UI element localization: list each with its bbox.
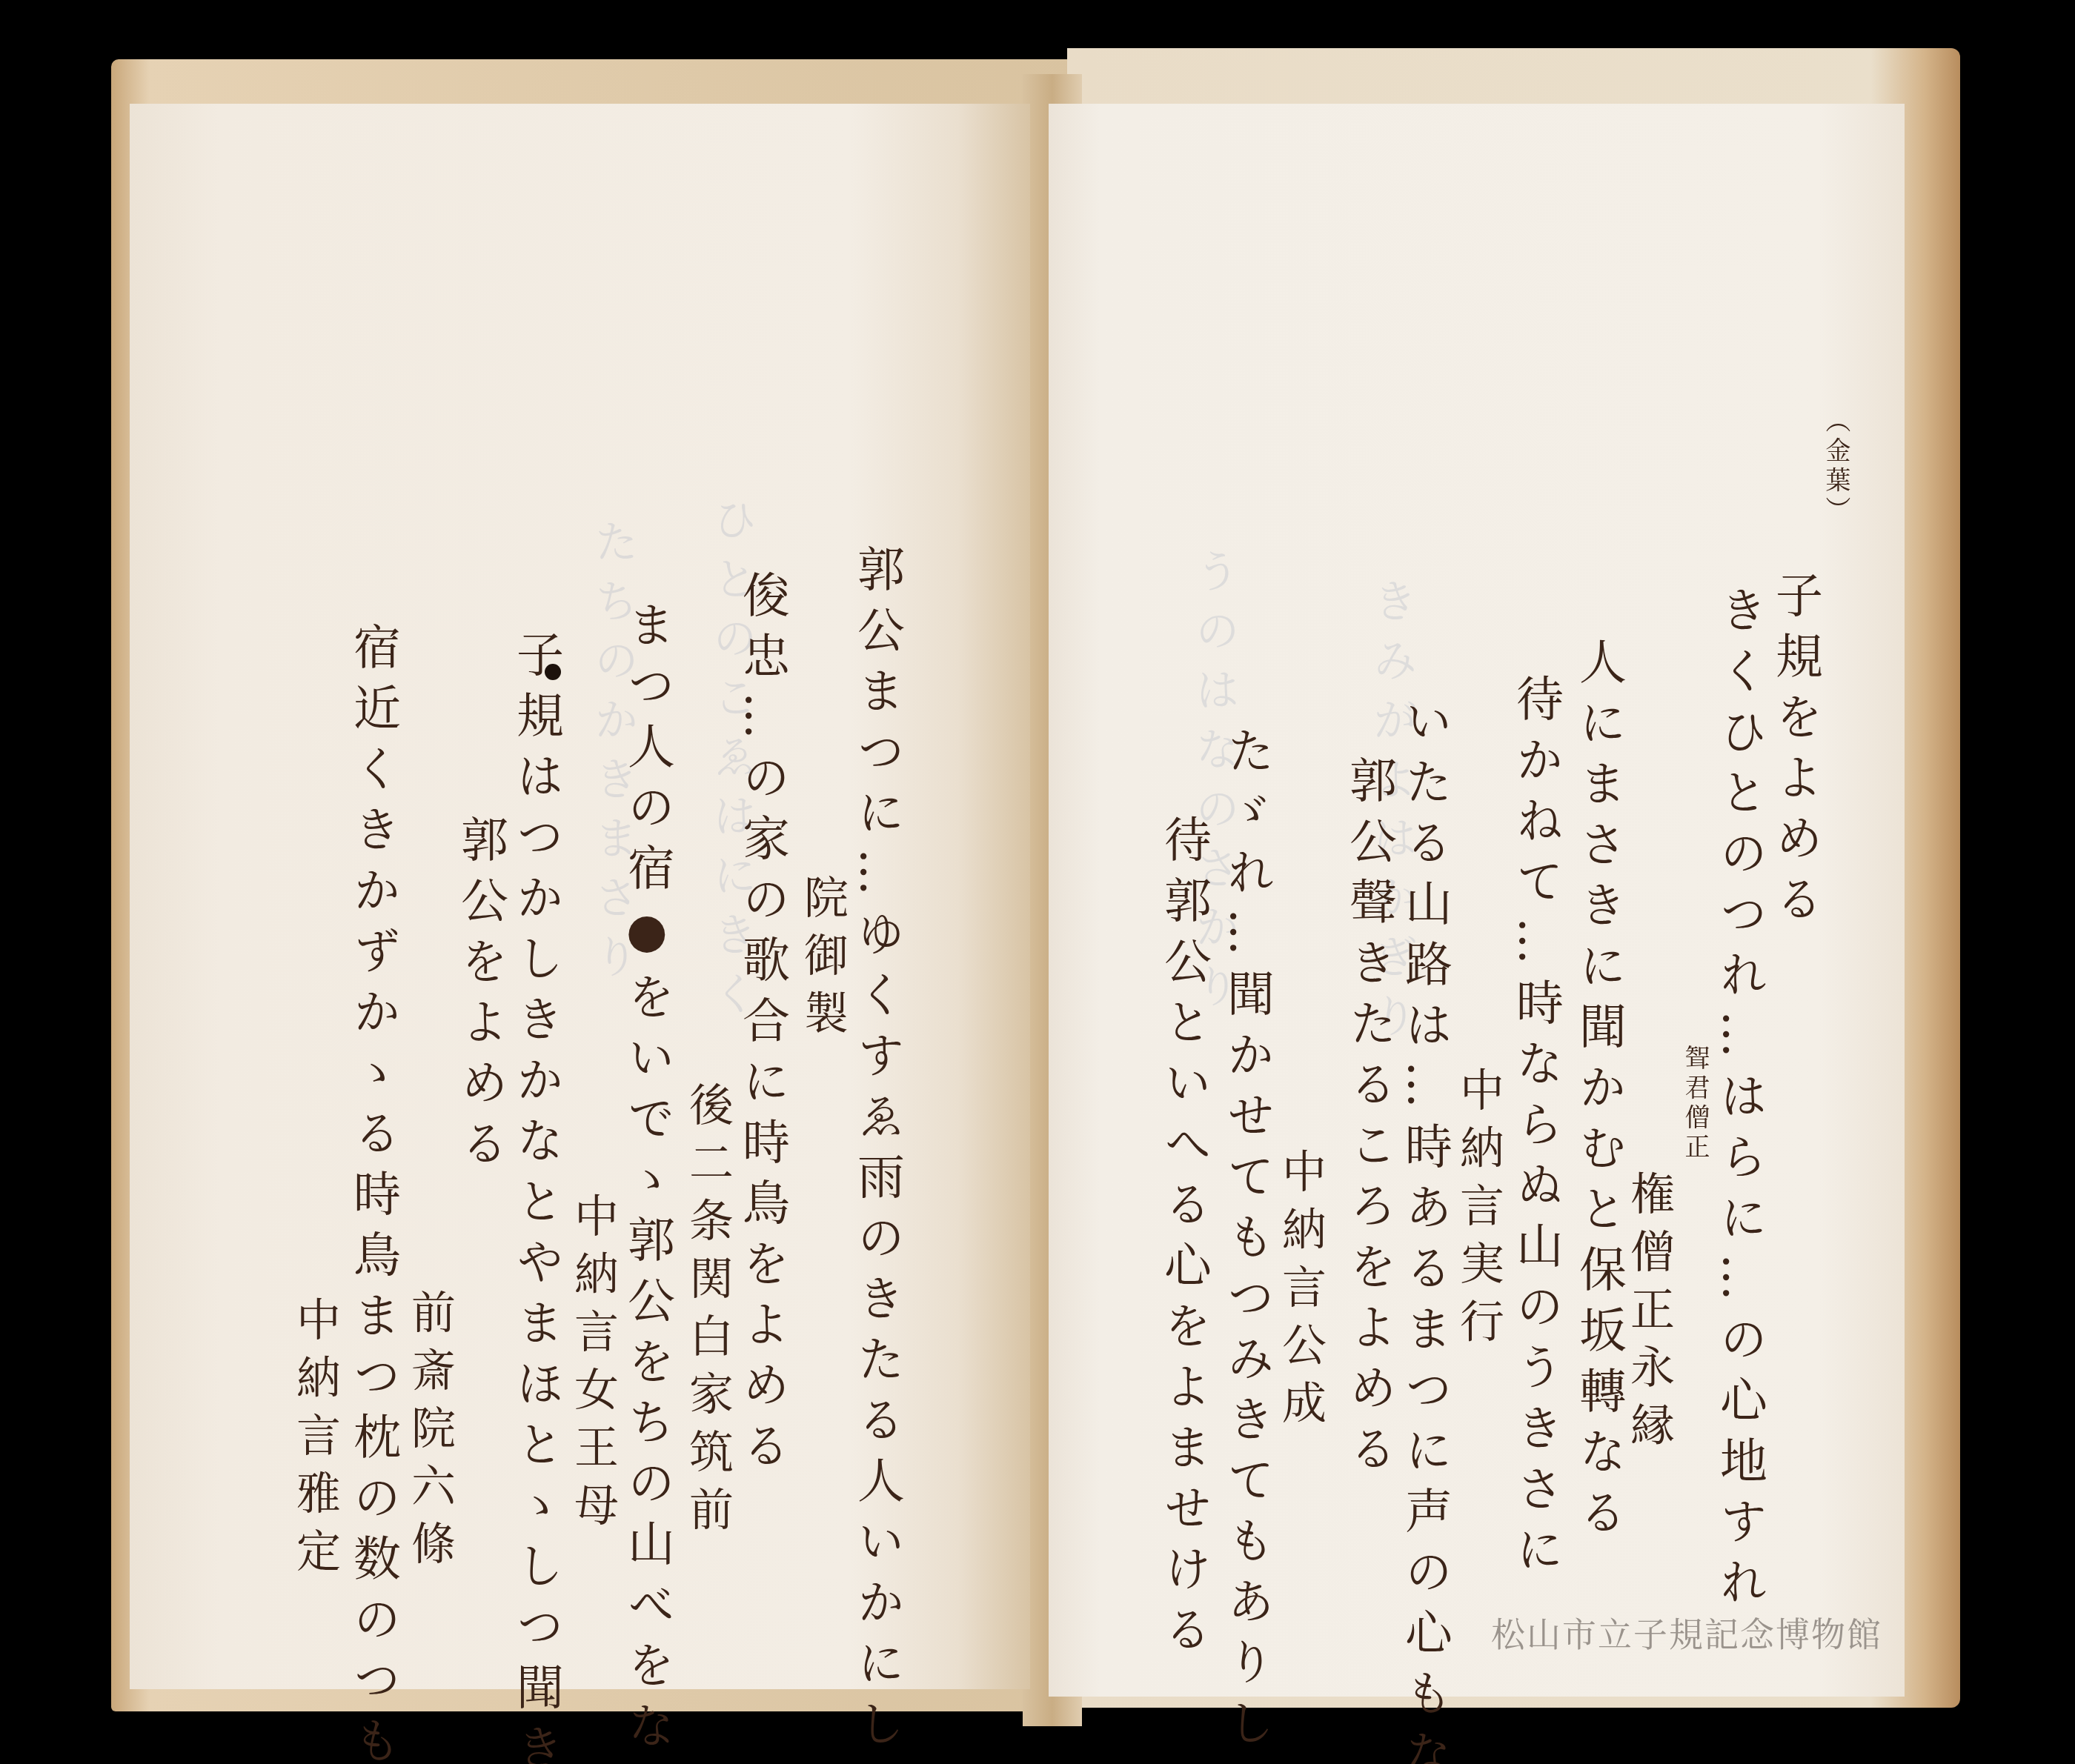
author-name: 中納言実行 [1456, 1067, 1501, 1356]
author-name: 後二条関白家筑前 [685, 1082, 730, 1544]
museum-watermark: 松山市立子規記念博物館 [1491, 1608, 1882, 1657]
poem-column: 郭公まつに…ゆくすゑ雨のきたる人いかにして [853, 545, 900, 1508]
author-name: 権僧正永縁 [1627, 1171, 1671, 1460]
poem-column: 待郭公といへる心をよませける [1160, 815, 1207, 1665]
author-name: 中納言公成 [1278, 1148, 1323, 1437]
poem-column: 郭公をよめる [456, 815, 504, 1179]
poem-column: 宿近くきかずかゝる時鳥まつ枕の数のつもりよ [349, 622, 396, 1645]
ink-mark [545, 664, 561, 680]
author-annotation: 聟君僧正 [1682, 1045, 1707, 1163]
poem-column: 子規はつかしきかなとやまほとゝしつ聞きの [512, 630, 560, 1645]
author-name: 前斎院六條 [408, 1289, 452, 1578]
poem-column: 人にまさきに聞かむと保坂轉なる [1575, 637, 1622, 1674]
poem-column: きくひとのつれ…はらに…の心地すれ [1716, 585, 1763, 1660]
left-page: ひとのこゑはにきく たちのかきまさり 郭公まつに…ゆくすゑ雨のきたる人いかにして… [130, 104, 1030, 1689]
poem-column: 俊忠…の家の歌合に時鳥をよめる [738, 570, 786, 1311]
poem-column: たゞれ…聞かせてもつみきてもありし [1223, 726, 1270, 1726]
open-manuscript-book: ひとのこゑはにきく たちのかきまさり 郭公まつに…ゆくすゑ雨のきたる人いかにして… [0, 0, 2075, 1764]
author-name: 院御製 [800, 874, 845, 1048]
poem-column: 郭公聲きたるころをよめる [1345, 756, 1392, 1485]
collection-header-note: （金葉） [1823, 407, 1848, 526]
author-name: 中納言雅定 [293, 1297, 337, 1585]
poem-title-column: 子規をよめる [1771, 570, 1819, 935]
poem-column: 待かねて…時ならぬ山のうきさに [1512, 674, 1559, 1674]
poem-column: まつ人の宿●をいでゝ郭公をちの山べをなきすぎぬらん [623, 600, 671, 1652]
right-page: うのはなのさかり きみがよはかぎり （金葉） 子規をよめる きくひとのつれ…はら… [1049, 104, 1905, 1697]
poem-column: いたる山路は…時あるまつに声の心もなし [1401, 696, 1448, 1697]
author-name: 中納言女王母 [571, 1193, 615, 1540]
